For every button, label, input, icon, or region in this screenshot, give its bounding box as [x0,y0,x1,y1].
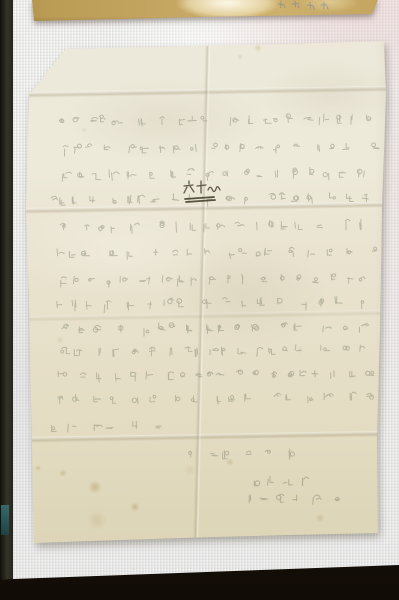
glass-reflection-teal [1,505,9,535]
stain-spot-4 [27,425,33,431]
stain-spot-8 [315,513,325,523]
stain-spot-10 [237,54,243,60]
letter-paper [0,0,399,600]
stain-spot-9 [254,44,262,52]
photo-of-letter-display [0,0,399,600]
stain-spot-12 [81,127,87,133]
stain-spot-5 [130,502,140,512]
stain-spot-6 [87,510,107,530]
letter-paper-sheet [0,0,399,600]
stain-spot-11 [56,336,64,344]
stain-spot-13 [184,464,196,476]
stain-spot-7 [226,458,234,466]
stain-spot-2 [59,469,67,477]
stain-spot-1 [88,480,102,494]
stain-spot-3 [35,465,41,471]
stain-overlay [0,0,399,600]
stain-spot-14 [296,346,304,354]
